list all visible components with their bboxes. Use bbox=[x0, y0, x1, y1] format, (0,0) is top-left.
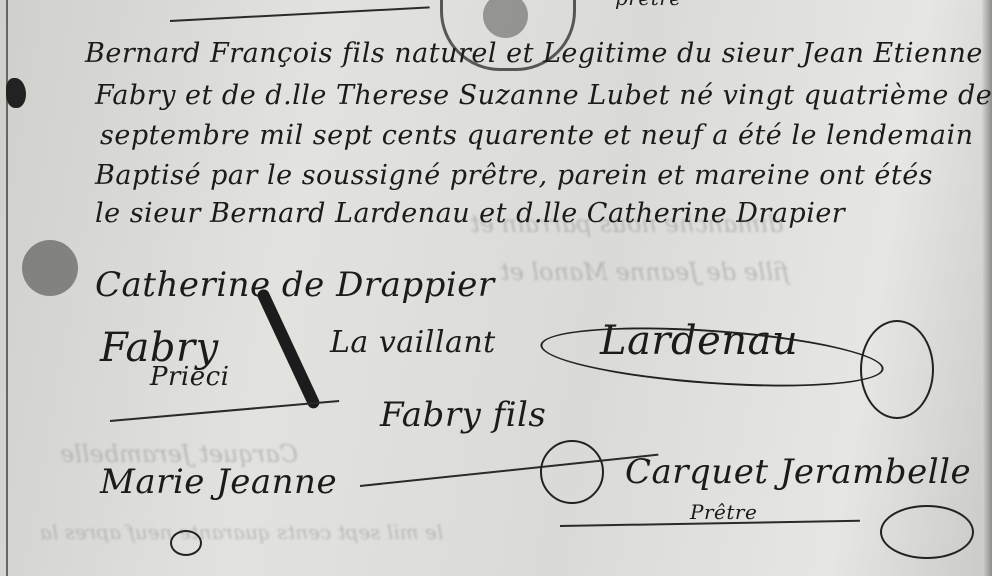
entry-line-3: septembre mil sept cents quarente et neu… bbox=[100, 120, 974, 151]
signature-fabry-fils: Fabry fils bbox=[380, 395, 546, 435]
seal-emblem bbox=[483, 0, 528, 38]
signature-underline bbox=[360, 454, 659, 487]
signature-pretre: Prêtre bbox=[690, 500, 757, 524]
signature-paraph bbox=[860, 320, 934, 419]
ink-stroke bbox=[256, 287, 322, 410]
ink-loop bbox=[170, 530, 202, 556]
entry-line-5: le sieur Bernard Lardenau et d.lle Cathe… bbox=[95, 198, 845, 229]
entry-line-4: Baptisé par le soussigné prêtre, parein … bbox=[95, 160, 933, 191]
signature-flourish bbox=[539, 318, 886, 396]
signature-underline bbox=[110, 400, 339, 422]
signature-marie-jeanne: Marie Jeanne bbox=[100, 462, 337, 502]
manuscript-page: dimanche nous parrain et fille de Jeanne… bbox=[0, 0, 992, 576]
underline-stroke bbox=[170, 6, 430, 22]
water-stain bbox=[22, 240, 78, 296]
signature-carquet-jerambelle: Carquet Jerambelle bbox=[625, 452, 971, 492]
signature-la-vaillant: La vaillant bbox=[330, 325, 496, 360]
signature-prieci: Prieci bbox=[150, 362, 230, 392]
signature-catherine-drappier: Catherine de Drappier bbox=[95, 265, 495, 305]
bleed-through-text: le mil sept cents quarante neuf apres la bbox=[40, 520, 443, 544]
entry-line-1: Bernard François fils naturel et Legitim… bbox=[85, 38, 992, 69]
signature-flourish bbox=[880, 505, 974, 559]
bleed-through-text: fille de Jeanne Manol et bbox=[500, 258, 789, 286]
ink-blot bbox=[6, 78, 26, 108]
signature-flourish bbox=[540, 440, 604, 504]
entry-line-2: Fabry et de d.lle Therese Suzanne Lubet … bbox=[95, 80, 992, 111]
header-fragment: prêtre bbox=[615, 0, 682, 10]
